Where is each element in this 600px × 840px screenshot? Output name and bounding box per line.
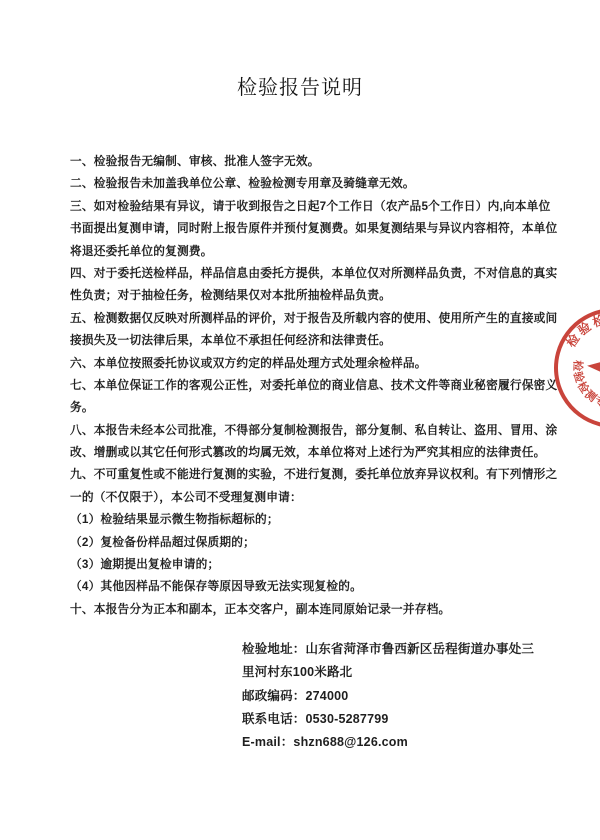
- body-line: 六、本单位按照委托协议或双方约定的样品处理方式处理余检样品。: [70, 353, 544, 375]
- body-line: 十、本报告分为正本和副本，正本交客户，副本连同原始记录一并存档。: [70, 599, 544, 621]
- body-line: 七、本单位保证工作的客观公正性，对委托单位的商业信息、技术文件等商业秘密履行保密…: [70, 375, 544, 397]
- contact-line: 邮政编码：274000: [242, 685, 534, 708]
- contact-line: 联系电话：0530-5287799: [242, 708, 534, 731]
- body-line: 一、检验报告无编制、审核、批准人签字无效。: [70, 151, 544, 173]
- body-line: （2）复检备份样品超过保质期的；: [70, 532, 544, 554]
- body-line: 书面提出复测申请，同时附上报告原件并预付复测费。如果复测结果与异议内容相符，本单…: [70, 218, 544, 240]
- body-line: 四、对于委托送检样品，样品信息由委托方提供，本单位仅对所测样品负责，不对信息的真…: [70, 263, 544, 285]
- contact-line: 里河村东100米路北: [242, 661, 534, 684]
- svg-text:检验检测专用章: 检验检测专用章: [561, 357, 600, 417]
- seal-top-arc-text: 检验检测: [562, 298, 600, 360]
- body-line: 务。: [70, 397, 544, 419]
- body-line: 改、增删或以其它任何形式篡改的均属无效，本单位将对上述行为严究其相应的法律责任。: [70, 442, 544, 464]
- body-line: 八、本报告未经本公司批准，不得部分复制检测报告，部分复制、私自转让、盗用、冒用、…: [70, 420, 544, 442]
- page-title: 检验报告说明: [0, 71, 600, 100]
- body-line: 二、检验报告未加盖我单位公章、检验检测专用章及骑缝章无效。: [70, 173, 544, 195]
- body-line: 性负责；对于抽检任务，检测结果仅对本批所抽检样品负责。: [70, 285, 544, 307]
- body-line: 九、不可重复性或不能进行复测的实验，不进行复测，委托单位放弃异议权利。有下列情形…: [70, 464, 544, 486]
- body-line: （1）检验结果显示微生物指标超标的；: [70, 509, 544, 531]
- body-line: 三、如对检验结果有异议，请于收到报告之日起7个工作日（农产品5个工作日）内,向本…: [70, 196, 544, 218]
- svg-text:检验检测: 检验检测: [562, 298, 600, 360]
- body-line: 一的（不仅限于），本公司不受理复测申请：: [70, 487, 544, 509]
- body-line: 将退还委托单位的复测费。: [70, 241, 544, 263]
- report-notes-page: 检验报告说明 一、检验报告无编制、审核、批准人签字无效。二、检验报告未加盖我单位…: [0, 0, 600, 840]
- body-line: （3）逾期提出复检申请的；: [70, 554, 544, 576]
- body-line: （4）其他因样品不能保存等原因导致无法实现复检的。: [70, 576, 544, 598]
- contact-block: 检验地址：山东省菏泽市鲁西新区岳程街道办事处三里河村东100米路北邮政编码：27…: [242, 638, 534, 754]
- body-text: 一、检验报告无编制、审核、批准人签字无效。二、检验报告未加盖我单位公章、检验检测…: [70, 151, 544, 621]
- seal-star-icon: [583, 336, 600, 395]
- contact-line: E-mail：shzn688@126.com: [242, 731, 534, 754]
- body-line: 接损失及一切法律后果，本单位不承担任何经济和法律责任。: [70, 330, 544, 352]
- seal-bottom-arc-text: 检验检测专用章: [561, 357, 600, 417]
- body-line: 五、检测数据仅反映对所测样品的评价，对于报告及所载内容的使用、使用所产生的直接或…: [70, 308, 544, 330]
- contact-line: 检验地址：山东省菏泽市鲁西新区岳程街道办事处三: [242, 638, 534, 661]
